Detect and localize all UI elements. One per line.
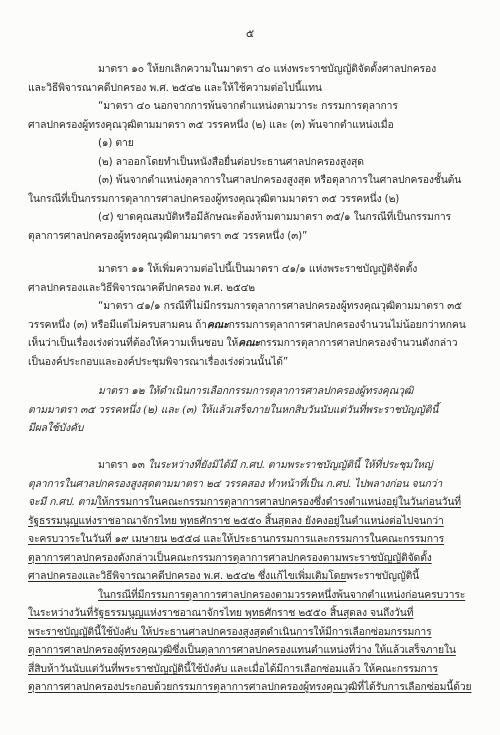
s11-inserted-word: คณะ (207, 319, 229, 331)
s11-line-5-c: กรรมการตุลาการศาลปกครองจำนวนดังกล่าว (260, 337, 458, 349)
s13-line-11: ตุลาการศาลปกครองผู้ทรงคุณวุฒิซึ่งเป็นตุล… (28, 643, 456, 657)
s13-line-7: ศาลปกครองและวิธีพิจารณาคดีปกครอง พ.ศ. ๒๕… (28, 569, 419, 583)
s13-line-6: ตุลาการศาลปกครองดังกล่าวเป็นคณะกรรมการตุ… (28, 551, 432, 565)
s11-line-5: เห็นว่าเป็นเรื่องเร่งด่วนที่ต้องให้ความเ… (28, 336, 457, 350)
s13-line-9: ในระหว่างวันที่รัฐธรรมนูญแห่งราชอาณาจักร… (28, 606, 413, 620)
s11-line-4: วรรคหนึ่ง (๓) หรือมีแต่ไม่ครบสามคน ถ้าคณ… (28, 318, 466, 332)
s13-line-1: มาตรา ๑๓ ในระหว่างที่ยังมิได้มี ก.ศป. ตา… (98, 458, 433, 472)
s13-line-13: ตุลาการศาลปกครองประกอบด้วยกรรมการตุลาการ… (28, 680, 471, 694)
s13-line-2: ตุลาการในศาลปกครองสูงสุดตามมาตรา ๒๔ วรรค… (28, 477, 442, 491)
s11-line-5-a: เห็นว่าเป็นเรื่องเร่งด่วนที่ต้องให้ความเ… (28, 337, 238, 349)
s11-inserted-word-2: คณะ (238, 337, 260, 349)
s12-line-2: ตามมาตรา ๓๕ วรรคหนึ่ง (๒) และ (๓) ให้แล้… (28, 403, 438, 417)
s11-line-3: “มาตรา ๔๑/๑ กรณีที่ไม่มีกรรมการตุลาการศา… (98, 299, 462, 313)
s13-line-3-b: ให้กรรมการในคณะกรรมการตุลาการศาลปกครองซึ… (97, 496, 461, 508)
s10-line-2: และวิธีพิจารณาคดีปกครอง พ.ศ. ๒๕๔๒ และให้… (28, 81, 322, 95)
s10-line-7: (๓) พ้นจากตำแหน่งตุลาการในศาลปกครองสูงสุ… (98, 173, 461, 187)
s13-line-4: รัฐธรรมนูญแห่งราชอาณาจักรไทย พุทธศักราช … (28, 514, 444, 528)
s13-line-12: สี่สิบห้าวันนับแต่วันที่พระราชบัญญัตินี้… (28, 662, 438, 676)
s11-line-6: เป็นองค์ประกอบและองค์ประชุมพิจารณาเรื่อง… (28, 355, 288, 369)
s13-line-10: พระราชบัญญัตินี้ใช้บังคับ ให้ประธานศาลปก… (28, 625, 432, 639)
document-page: ๕ มาตรา ๑๐ ให้ยกเลิกความในมาตรา ๔๐ แห่งพ… (0, 0, 500, 735)
s13-line-1-a: มาตรา ๑๓ (98, 459, 148, 471)
s13-line-7-b: พระราชบัญญัตินี้ (346, 570, 419, 582)
s11-line-2: ศาลปกครองและวิธีพิจารณาคดีปกครอง พ.ศ. ๒๕… (28, 281, 255, 295)
s11-line-4-c: กรรมการตุลาการศาลปกครองจำนวนไม่น้อยกว่าห… (229, 319, 466, 331)
s10-line-3: “มาตรา ๔๐ นอกจากการพ้นจากตำแหน่งตามวาระ … (98, 99, 398, 113)
s13-line-1-b: ในระหว่างที่ยังมิได้มี ก.ศป. ตามพระราชบั… (148, 459, 433, 471)
s13-line-3: จะมี ก.ศป. ตามให้กรรมการในคณะกรรมการตุลา… (28, 495, 461, 509)
s10-line-1: มาตรา ๑๐ ให้ยกเลิกความในมาตรา ๔๐ แห่งพระ… (98, 62, 436, 76)
s12-line-3: มีผลใช้บังคับ (28, 421, 83, 435)
s13-line-7-a: ศาลปกครองและวิธีพิจารณาคดีปกครอง พ.ศ. ๒๕… (28, 570, 346, 582)
s13-line-3-a: จะมี ก.ศป. ตาม (28, 496, 97, 508)
s13-line-8: ในกรณีที่มีกรรมการตุลาการศาลปกครองตามวรร… (98, 588, 465, 602)
s10-line-10: ตุลาการศาลปกครองผู้ทรงคุณวุฒิตามมาตรา ๓๕… (28, 229, 307, 243)
s10-line-8: ในกรณีที่เป็นกรรมการตุลาการศาลปกครองผู้ท… (28, 192, 399, 206)
s11-line-4-a: วรรคหนึ่ง (๓) หรือมีแต่ไม่ครบสามคน ถ้า (28, 319, 207, 331)
s10-line-6: (๒) ลาออกโดยทำเป็นหนังสือยื่นต่อประธานศา… (98, 155, 364, 169)
s11-line-1: มาตรา ๑๑ ให้เพิ่มความต่อไปนี้เป็นมาตรา ๔… (98, 262, 417, 276)
s12-line-1: มาตรา ๑๒ ให้ดำเนินการเลือกกรรมการตุลาการ… (98, 384, 413, 398)
s13-line-5: จะครบวาระในวันที่ ๑๙ เมษายน ๒๕๕๘ และให้ป… (28, 532, 444, 546)
page-number: ๕ (0, 24, 500, 42)
s10-line-9: (๔) ขาดคุณสมบัติหรือมีลักษณะต้องห้ามตามม… (98, 210, 451, 224)
s10-line-4: ศาลปกครองผู้ทรงคุณวุฒิตามมาตรา ๓๕ วรรคหน… (28, 118, 394, 132)
s10-line-5: (๑) ตาย (98, 136, 134, 150)
